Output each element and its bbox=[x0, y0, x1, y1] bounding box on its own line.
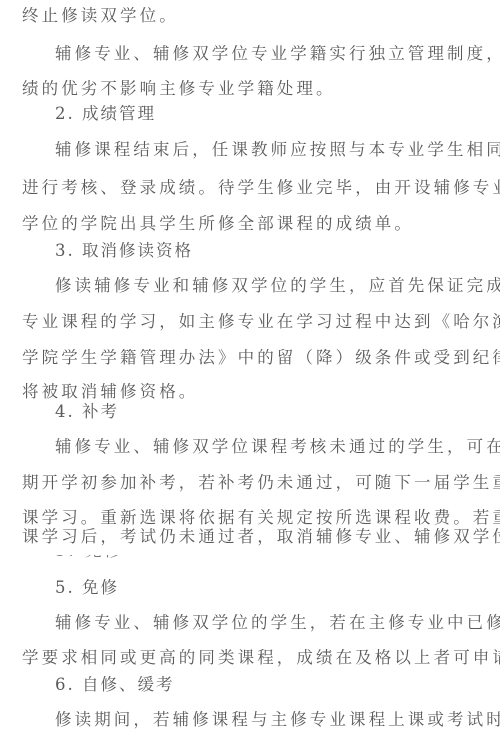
paragraph-line: 绩的优劣不影响主修专业学籍处理。 bbox=[22, 79, 336, 99]
clipped-text-fragment: 5. 免修 bbox=[55, 555, 124, 561]
section-heading-makeup-exam: 4. 补考 bbox=[55, 402, 119, 422]
paragraph-line: 课学习。重新选课将依据有关规定按所选课程收费。若重新选 bbox=[22, 508, 500, 528]
paragraph-line: 修读辅修专业和辅修双学位的学生，应首先保证完成主修 bbox=[55, 276, 500, 296]
section-heading-exemption: 5. 免修 bbox=[55, 578, 119, 598]
paragraph-line: 修读期间，若辅修课程与主修专业课程上课或考试时间有 bbox=[55, 710, 500, 730]
paragraph-line: 学院学生学籍管理办法》中的留（降）级条件或受到纪律处分， bbox=[22, 348, 500, 368]
section-heading-cancel-eligibility: 3. 取消修读资格 bbox=[55, 241, 193, 261]
paragraph-line: 课学习后，考试仍未通过者，取消辅修专业、辅修双学位资格。 bbox=[22, 527, 500, 547]
paragraph-line: 将被取消辅修资格。 bbox=[22, 382, 198, 402]
paragraph-line: 期开学初参加补考，若补考仍未通过，可随下一届学生重新选 bbox=[22, 473, 500, 493]
paragraph-line: 学位的学院出具学生所修全部课程的成绩单。 bbox=[22, 214, 414, 234]
paragraph-line: 专业课程的学习，如主修专业在学习过程中达到《哈尔滨华德 bbox=[22, 312, 500, 332]
paragraph-line: 辅修专业、辅修双学位专业学籍实行独立管理制度，其成 bbox=[55, 44, 500, 64]
paragraph-line: 进行考核、登录成绩。待学生修业完毕，由开设辅修专业和双 bbox=[22, 178, 500, 198]
paragraph-line: 终止修读双学位。 bbox=[22, 6, 179, 26]
section-heading-grades: 2. 成绩管理 bbox=[55, 104, 156, 124]
paragraph-line: 辅修专业、辅修双学位的学生，若在主修专业中已修读教 bbox=[55, 613, 500, 633]
section-heading-self-study-deferral: 6. 自修、缓考 bbox=[55, 675, 175, 695]
paragraph-line: 学要求相同或更高的同类课程，成绩在及格以上者可申请免修。 bbox=[22, 648, 500, 668]
paragraph-line: 辅修课程结束后，任课教师应按照与本专业学生相同标准 bbox=[55, 140, 500, 160]
document-page: 终止修读双学位。 辅修专业、辅修双学位专业学籍实行独立管理制度，其成 绩的优劣不… bbox=[0, 0, 500, 745]
paragraph-line: 辅修专业、辅修双学位课程考核未通过的学生，可在下学 bbox=[55, 437, 500, 457]
